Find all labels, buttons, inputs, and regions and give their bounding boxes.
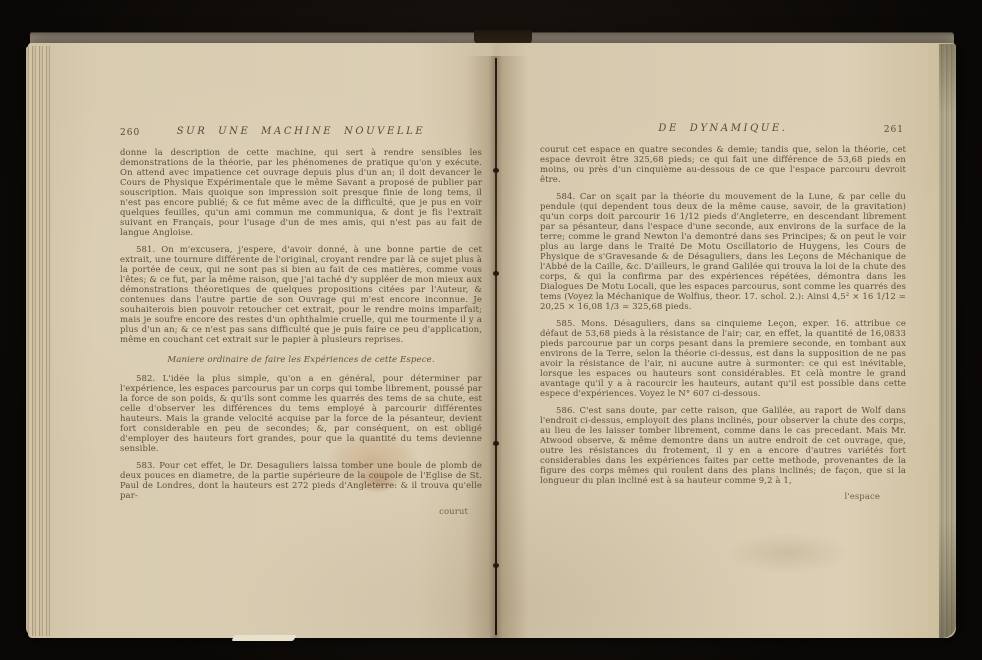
right-page-header: DE DYNAMIQUE. 261 bbox=[540, 124, 906, 139]
section-heading: Maniere ordinaire de faire les Expérienc… bbox=[120, 355, 482, 365]
gutter-fold-line bbox=[495, 58, 497, 635]
paragraph: 584. Car on sçait par la théorie du mouv… bbox=[540, 192, 906, 312]
paragraph: 586. C'est sans doute, par cette raison,… bbox=[540, 406, 906, 486]
right-page: DE DYNAMIQUE. 261 courut cet espace en q… bbox=[540, 124, 906, 502]
paragraph: 583. Pour cet effet, le Dr. Desaguliers … bbox=[120, 461, 482, 501]
stitch-mark bbox=[493, 271, 499, 276]
stitch-mark bbox=[493, 563, 499, 568]
page-edge-sliver bbox=[231, 635, 296, 641]
running-title: DE DYNAMIQUE. bbox=[540, 124, 906, 134]
left-page-header: 260 SUR UNE MACHINE NOUVELLE bbox=[120, 127, 482, 142]
stitch-mark bbox=[493, 168, 499, 173]
page-spread: 260 SUR UNE MACHINE NOUVELLE donne la de… bbox=[28, 43, 956, 638]
photo-background: 260 SUR UNE MACHINE NOUVELLE donne la de… bbox=[0, 0, 982, 660]
paragraph: 582. L'idée la plus simple, qu'on a en g… bbox=[120, 374, 482, 454]
catchword: l'espace bbox=[540, 492, 906, 502]
paper-stain bbox=[728, 533, 848, 573]
page-edges-right bbox=[939, 44, 956, 638]
catchword: courut bbox=[120, 507, 482, 517]
running-title: SUR UNE MACHINE NOUVELLE bbox=[120, 127, 482, 137]
paragraph: courut cet espace en quatre secondes & d… bbox=[540, 145, 906, 185]
open-book: 260 SUR UNE MACHINE NOUVELLE donne la de… bbox=[26, 30, 956, 638]
left-page: 260 SUR UNE MACHINE NOUVELLE donne la de… bbox=[120, 127, 482, 517]
page-number: 261 bbox=[884, 125, 904, 135]
page-edges-left bbox=[26, 46, 52, 636]
paragraph: donne la description de cette machine, q… bbox=[120, 148, 482, 238]
stitch-mark bbox=[493, 441, 499, 446]
paragraph: 581. On m'excusera, j'espere, d'avoir do… bbox=[120, 245, 482, 345]
paragraph: 585. Mons. Désaguliers, dans sa cinquiem… bbox=[540, 319, 906, 399]
